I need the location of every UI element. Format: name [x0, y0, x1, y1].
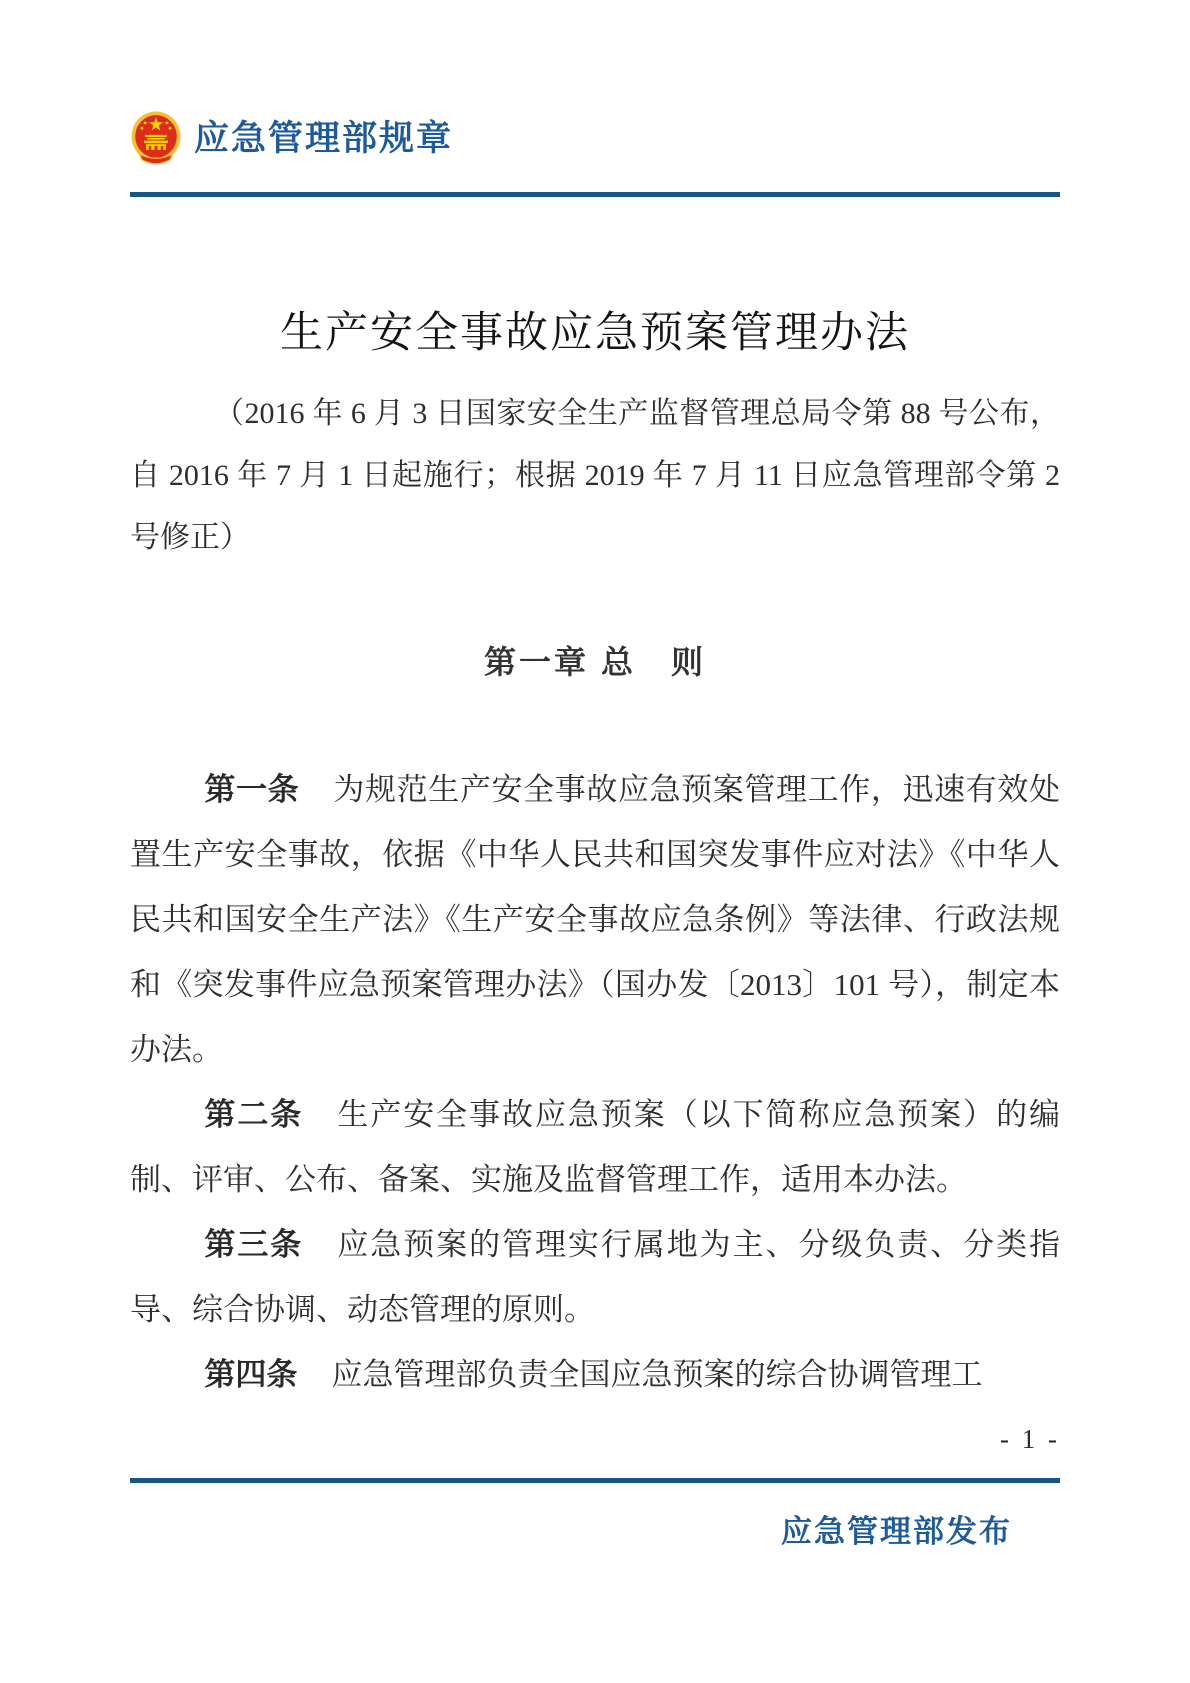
- article-2-number: 第二条: [204, 1097, 303, 1132]
- article-1: 第一条为规范生产安全事故应急预案管理工作，迅速有效处置生产安全事故，依据《中华人…: [130, 757, 1060, 1082]
- document-title: 生产安全事故应急预案管理办法: [130, 305, 1060, 363]
- article-4-text: 应急管理部负责全国应急预案的综合协调管理工: [331, 1357, 982, 1392]
- article-3: 第三条应急预案的管理实行属地为主、分级负责、分类指导、综合协调、动态管理的原则。: [130, 1212, 1060, 1342]
- article-1-number: 第一条: [204, 772, 299, 807]
- chapter-heading: 第一章 总 则: [130, 637, 1060, 683]
- header-rule: [130, 192, 1060, 197]
- national-emblem-icon: [130, 110, 182, 167]
- articles: 第一条为规范生产安全事故应急预案管理工作，迅速有效处置生产安全事故，依据《中华人…: [130, 757, 1060, 1407]
- article-4-number: 第四条: [204, 1357, 297, 1392]
- page-number: - 1 -: [1000, 1424, 1060, 1455]
- article-3-number: 第三条: [204, 1227, 303, 1262]
- article-2: 第二条生产安全事故应急预案（以下简称应急预案）的编制、评审、公布、备案、实施及监…: [130, 1082, 1060, 1212]
- promulgation-note: （2016 年 6 月 3 日国家安全生产监督管理总局令第 88 号公布，自 2…: [130, 383, 1060, 569]
- page-header: 应急管理部规章: [130, 110, 1060, 167]
- article-1-text: 为规范生产安全事故应急预案管理工作，迅速有效处置生产安全事故，依据《中华人民共和…: [130, 772, 1060, 1067]
- article-4: 第四条应急管理部负责全国应急预案的综合协调管理工: [130, 1342, 1060, 1407]
- footer-rule: [130, 1478, 1060, 1483]
- footer-publisher: 应急管理部发布: [781, 1506, 1012, 1551]
- document-body: 生产安全事故应急预案管理办法 （2016 年 6 月 3 日国家安全生产监督管理…: [130, 305, 1060, 1407]
- header-agency-label: 应急管理部规章: [194, 118, 453, 160]
- document-page: 应急管理部规章 生产安全事故应急预案管理办法 （2016 年 6 月 3 日国家…: [0, 0, 1190, 1683]
